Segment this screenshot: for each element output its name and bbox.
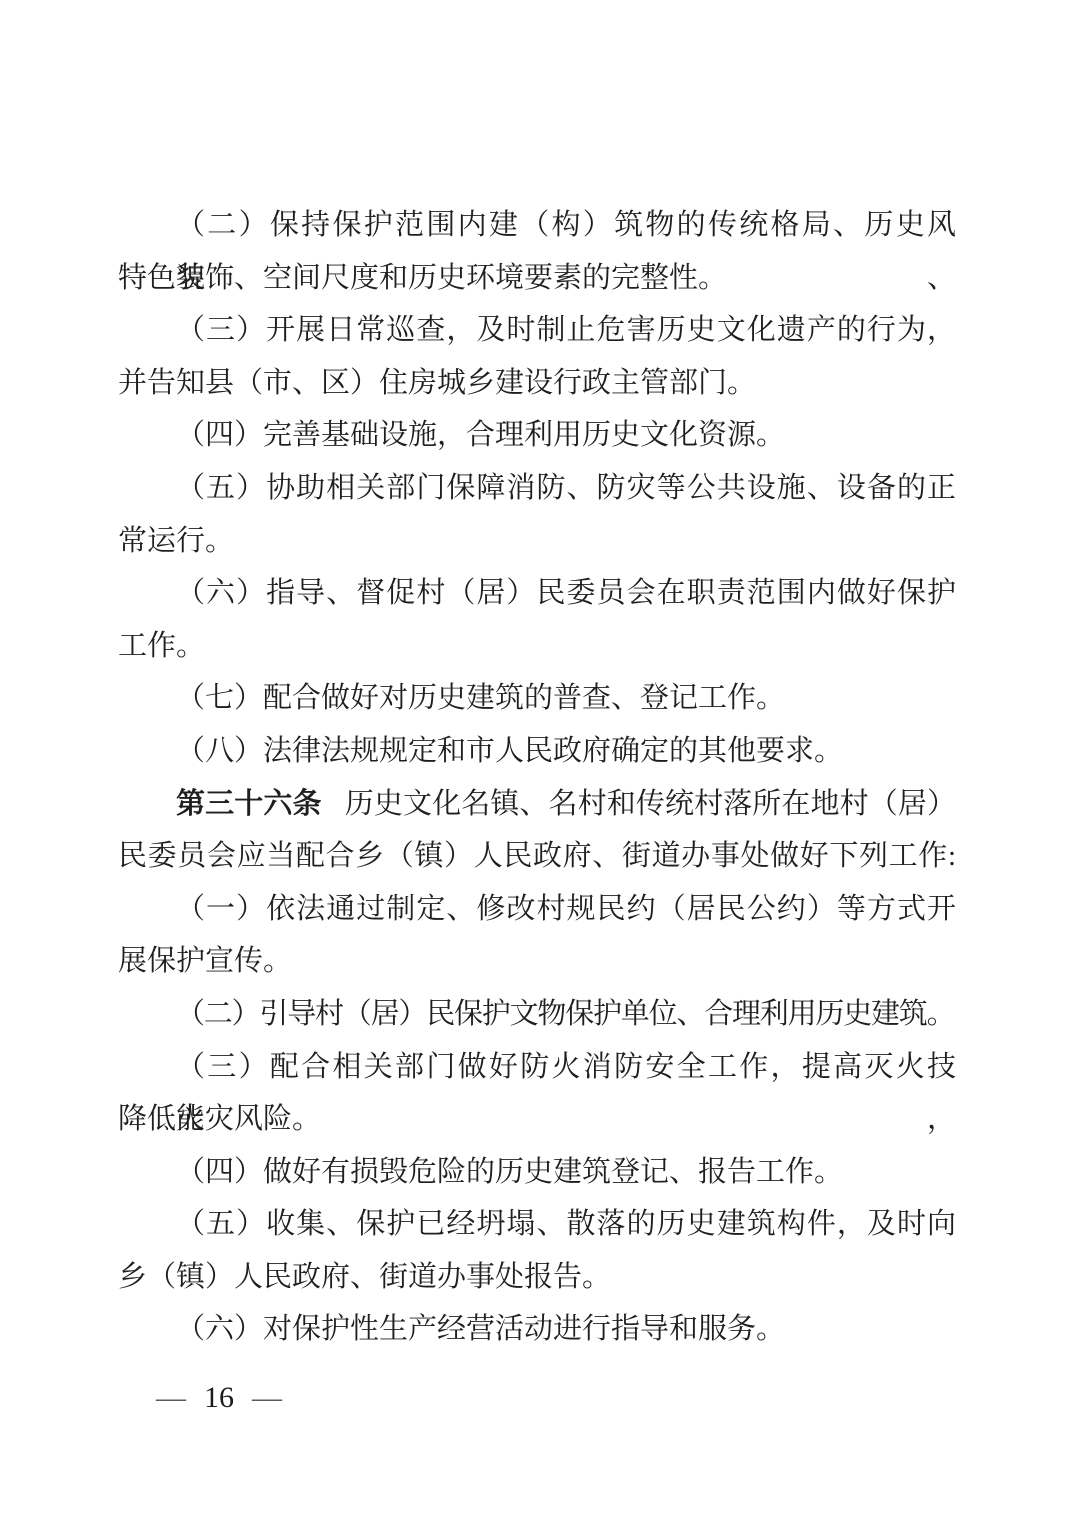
text-line: 展保护宣传。 [118,935,956,988]
footer-right-dash: — [252,1381,282,1414]
article-number: 第三十六条 [176,788,322,820]
text-line: 民委员会应当配合乡（镇）人民政府、街道办事处做好下列工作: [118,830,956,883]
text-line: （一）依法通过制定、修改村规民约（居民公约）等方式开 [118,883,956,936]
text-line: （二）引导村（居）民保护文物保护单位、合理利用历史建筑。 [118,988,956,1041]
article-heading-line: 第三十六条历史文化名镇、名村和传统村落所在地村（居） [118,778,956,831]
text-line: （四）做好有损毁危险的历史建筑登记、报告工作。 [118,1146,956,1199]
text-line: 常运行。 [118,515,956,568]
page-number: 16 [204,1381,234,1414]
text-line: 并告知县（市、区）住房城乡建设行政主管部门。 [118,357,956,410]
text-line: 乡（镇）人民政府、街道办事处报告。 [118,1251,956,1304]
document-body: （二）保持保护范围内建（构）筑物的传统格局、历史风貌、 特色装饰、空间尺度和历史… [118,199,956,1356]
text-line: （三）开展日常巡查，及时制止危害历史文化遗产的行为， [118,304,956,357]
text-line: （八）法律法规规定和市人民政府确定的其他要求。 [118,725,956,778]
text-line: （六）指导、督促村（居）民委员会在职责范围内做好保护 [118,567,956,620]
text-line: 工作。 [118,620,956,673]
page-footer: —16— [156,1378,282,1418]
text-line: （二）保持保护范围内建（构）筑物的传统格局、历史风貌、 [118,199,956,252]
document-page: （二）保持保护范围内建（构）筑物的传统格局、历史风貌、 特色装饰、空间尺度和历史… [0,0,1074,1520]
article-heading-text: 历史文化名镇、名村和传统村落所在地村（居） [345,788,956,820]
text-line: （七）配合做好对历史建筑的普查、登记工作。 [118,672,956,725]
text-line: （三）配合相关部门做好防火消防安全工作，提高灭火技能， [118,1041,956,1094]
text-line: （六）对保护性生产经营活动进行指导和服务。 [118,1303,956,1356]
text-line: （五）协助相关部门保障消防、防灾等公共设施、设备的正 [118,462,956,515]
text-line: （四）完善基础设施，合理利用历史文化资源。 [118,409,956,462]
footer-left-dash: — [156,1381,186,1414]
text-line: （五）收集、保护已经坍塌、散落的历史建筑构件，及时向 [118,1198,956,1251]
